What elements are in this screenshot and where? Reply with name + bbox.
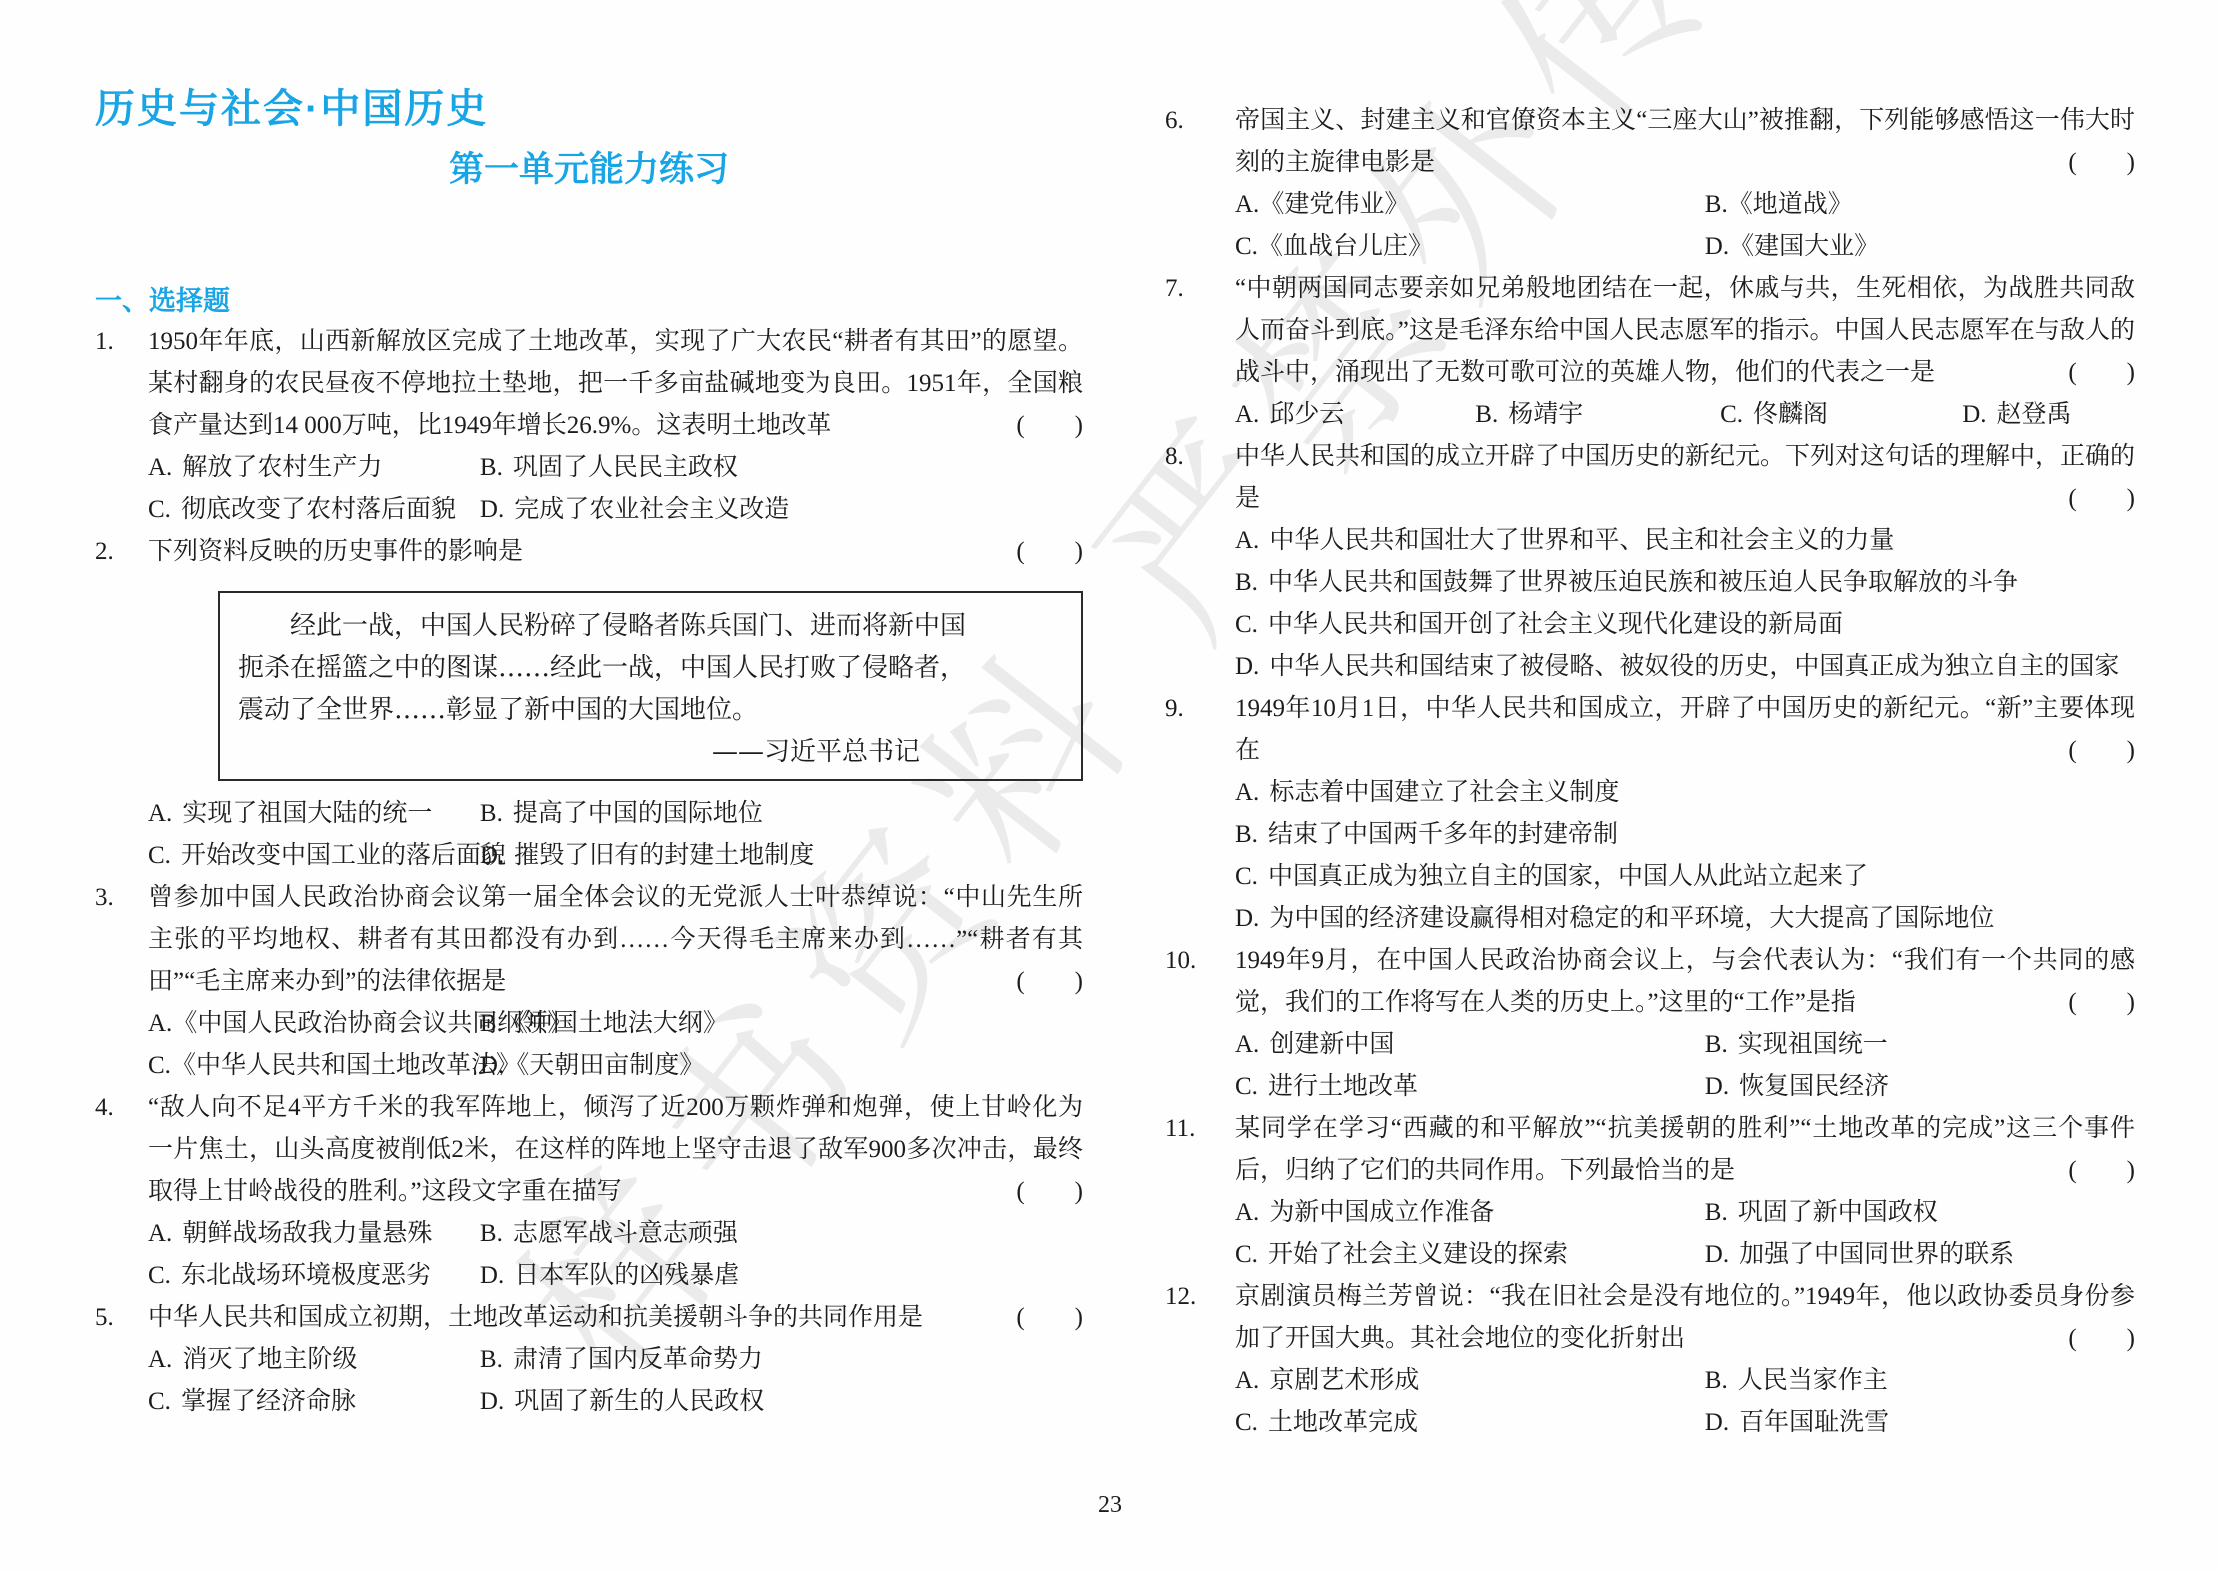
options-group: A.解放了农村生产力B.巩固了人民民主政权C.彻底改变了农村落后面貌D.完成了农… <box>148 447 1083 531</box>
question-7: 7.“中朝两国同志要亲如兄弟般地团结在一起，休戚与共，生死相依，为战胜共同敌人而… <box>1165 268 2135 436</box>
question-stem-text: “敌人向不足4平方千米的我军阵地上，倾泻了近200万颗炸弹和炮弹，使上甘岭化为一… <box>148 1094 1083 1205</box>
option-label: C. <box>1235 1241 1258 1268</box>
option-8-B: B.中华人民共和国鼓舞了世界被压迫民族和被压迫人民争取解放的斗争 <box>1235 562 2135 604</box>
option-text: 日本军队的凶残暴虐 <box>514 1262 739 1289</box>
option-text: 土地改革完成 <box>1268 1409 1418 1436</box>
option-label: A. <box>148 454 172 481</box>
option-text: 标志着中国建立了社会主义制度 <box>1269 779 1619 806</box>
right-column: 6.帝国主义、封建主义和官僚资本主义“三座大山”被推翻，下列能够感悟这一伟大时刻… <box>1165 100 2135 1444</box>
option-11-A: A.为新中国成立作准备 <box>1235 1192 1705 1234</box>
question-stem-text: 中华人民共和国成立初期，土地改革运动和抗美援朝斗争的共同作用是 <box>148 1304 923 1331</box>
question-body: 中华人民共和国的成立开辟了中国历史的新纪元。下列对这句话的理解中，正确的是( )… <box>1235 436 2135 688</box>
question-stem-text: 1949年10月1日，中华人民共和国成立，开辟了中国历史的新纪元。“新”主要体现… <box>1235 695 2135 764</box>
option-text: 进行土地改革 <box>1268 1073 1418 1100</box>
option-3-D: D.《天朝田亩制度》 <box>480 1045 1083 1087</box>
option-label: D. <box>1705 1409 1729 1436</box>
quote-box: 经此一战，中国人民粉碎了侵略者陈兵国门、进而将新中国扼杀在摇篮之中的图谋……经此… <box>218 591 1083 781</box>
option-4-C: C.东北战场环境极度恶劣 <box>148 1255 480 1297</box>
option-label: D. <box>480 1388 504 1415</box>
question-stem: 1950年年底，山西新解放区完成了土地改革，实现了广大农民“耕者有其田”的愿望。… <box>148 321 1083 447</box>
question-number: 7. <box>1165 268 1235 310</box>
option-11-C: C.开始了社会主义建设的探索 <box>1235 1234 1705 1276</box>
answer-blank: ( ) <box>2068 1150 2135 1192</box>
question-stem: 京剧演员梅兰芳曾说：“我在旧社会是没有地位的。”1949年，他以政协委员身份参加… <box>1235 1276 2135 1360</box>
option-label: B. <box>1705 1031 1728 1058</box>
option-label: A. <box>1235 779 1259 806</box>
option-label: C. <box>1235 863 1258 890</box>
option-label: B. <box>1235 821 1258 848</box>
option-label: A. <box>1235 191 1259 218</box>
option-2-D: D.摧毁了旧有的封建土地制度 <box>480 835 1083 877</box>
option-label: A. <box>1235 1199 1259 1226</box>
option-1-A: A.解放了农村生产力 <box>148 447 480 489</box>
quote-attribution: ——习近平总书记 <box>238 731 1063 773</box>
option-text: 为新中国成立作准备 <box>1269 1199 1494 1226</box>
option-6-A: A.《建党伟业》 <box>1235 184 1705 226</box>
answer-blank: ( ) <box>2068 1318 2135 1360</box>
option-label: C. <box>1235 1073 1258 1100</box>
question-1: 1.1950年年底，山西新解放区完成了土地改革，实现了广大农民“耕者有其田”的愿… <box>95 321 1083 531</box>
question-12: 12.京剧演员梅兰芳曾说：“我在旧社会是没有地位的。”1949年，他以政协委员身… <box>1165 1276 2135 1444</box>
option-text: 《中华人民共和国土地改革法》 <box>171 1052 521 1079</box>
option-3-C: C.《中华人民共和国土地改革法》 <box>148 1045 480 1087</box>
option-text: 开始了社会主义建设的探索 <box>1268 1241 1568 1268</box>
option-9-D: D.为中国的经济建设赢得相对稳定的和平环境，大大提高了国际地位 <box>1235 898 2135 940</box>
question-body: 1950年年底，山西新解放区完成了土地改革，实现了广大农民“耕者有其田”的愿望。… <box>148 321 1083 531</box>
option-8-C: C.中华人民共和国开创了社会主义现代化建设的新局面 <box>1235 604 2135 646</box>
option-text: 中国真正成为独立自主的国家，中国人从此站立起来了 <box>1268 863 1868 890</box>
option-label: B. <box>1235 569 1258 596</box>
answer-blank: ( ) <box>2068 730 2135 772</box>
option-label: A. <box>148 1220 172 1247</box>
options-group: A.朝鲜战场敌我力量悬殊B.志愿军战斗意志顽强C.东北战场环境极度恶劣D.日本军… <box>148 1213 1083 1297</box>
question-number: 10. <box>1165 940 1235 982</box>
option-text: 人民当家作主 <box>1738 1367 1888 1394</box>
question-stem-text: 曾参加中国人民政治协商会议第一届全体会议的无党派人士叶恭绰说：“中山先生所主张的… <box>148 884 1083 995</box>
option-text: 肃清了国内反革命势力 <box>513 1346 763 1373</box>
option-12-B: B.人民当家作主 <box>1705 1360 2135 1402</box>
question-stem: 1949年10月1日，中华人民共和国成立，开辟了中国历史的新纪元。“新”主要体现… <box>1235 688 2135 772</box>
option-label: D. <box>480 496 504 523</box>
options-group: A.《建党伟业》B.《地道战》C.《血战台儿庄》D.《建国大业》 <box>1235 184 2135 268</box>
option-1-C: C.彻底改变了农村落后面貌 <box>148 489 480 531</box>
option-text: 东北战场环境极度恶劣 <box>181 1262 431 1289</box>
left-column: 历史与社会·中国历史 第一单元能力练习 一、选择题 1.1950年年底，山西新解… <box>95 85 1083 1423</box>
book-title: 历史与社会·中国历史 <box>95 85 1083 133</box>
question-stem: 1949年9月，在中国人民政治协商会议上，与会代表认为：“我们有一个共同的感觉，… <box>1235 940 2135 1024</box>
option-label: D. <box>1235 905 1259 932</box>
option-text: 中华人民共和国开创了社会主义现代化建设的新局面 <box>1268 611 1843 638</box>
option-text: 邱少云 <box>1269 401 1344 428</box>
option-3-B: B.《中国土地法大纲》 <box>480 1003 1083 1045</box>
option-10-A: A.创建新中国 <box>1235 1024 1705 1066</box>
option-text: 志愿军战斗意志顽强 <box>513 1220 738 1247</box>
option-text: 中华人民共和国壮大了世界和平、民主和社会主义的力量 <box>1269 527 1894 554</box>
option-4-D: D.日本军队的凶残暴虐 <box>480 1255 1083 1297</box>
question-stem: 下列资料反映的历史事件的影响是( ) <box>148 531 1083 573</box>
option-text: 《天朝田亩制度》 <box>504 1052 704 1079</box>
option-text: 彻底改变了农村落后面貌 <box>181 496 456 523</box>
question-4: 4.“敌人向不足4平方千米的我军阵地上，倾泻了近200万颗炸弹和炮弹，使上甘岭化… <box>95 1087 1083 1297</box>
option-5-D: D.巩固了新生的人民政权 <box>480 1381 1083 1423</box>
option-6-D: D.《建国大业》 <box>1705 226 2135 268</box>
question-stem: 中华人民共和国的成立开辟了中国历史的新纪元。下列对这句话的理解中，正确的是( ) <box>1235 436 2135 520</box>
option-1-D: D.完成了农业社会主义改造 <box>480 489 1083 531</box>
question-stem-text: 帝国主义、封建主义和官僚资本主义“三座大山”被推翻，下列能够感悟这一伟大时刻的主… <box>1235 107 2135 176</box>
answer-blank: ( ) <box>1016 1297 1083 1339</box>
option-label: D. <box>480 1262 504 1289</box>
option-text: 提高了中国的国际地位 <box>513 800 763 827</box>
option-label: B. <box>480 454 503 481</box>
option-label: C. <box>148 1388 171 1415</box>
question-body: 中华人民共和国成立初期，土地改革运动和抗美援朝斗争的共同作用是( )A.消灭了地… <box>148 1297 1083 1423</box>
option-2-A: A.实现了祖国大陆的统一 <box>148 793 480 835</box>
option-11-D: D.加强了中国同世界的联系 <box>1705 1234 2135 1276</box>
option-text: 《建党伟业》 <box>1259 191 1409 218</box>
question-stem-text: “中朝两国同志要亲如兄弟般地团结在一起，休戚与共，生死相依，为战胜共同敌人而奋斗… <box>1235 275 2135 386</box>
question-body: 京剧演员梅兰芳曾说：“我在旧社会是没有地位的。”1949年，他以政协委员身份参加… <box>1235 1276 2135 1444</box>
answer-blank: ( ) <box>1016 961 1083 1003</box>
option-12-C: C.土地改革完成 <box>1235 1402 1705 1444</box>
quote-line: 经此一战，中国人民粉碎了侵略者陈兵国门、进而将新中国 <box>238 605 1063 647</box>
options-group: A.中华人民共和国壮大了世界和平、民主和社会主义的力量B.中华人民共和国鼓舞了世… <box>1235 520 2135 688</box>
question-10: 10.1949年9月，在中国人民政治协商会议上，与会代表认为：“我们有一个共同的… <box>1165 940 2135 1108</box>
option-text: 实现了祖国大陆的统一 <box>182 800 432 827</box>
section-title: 一、选择题 <box>95 281 1083 321</box>
question-body: “中朝两国同志要亲如兄弟般地团结在一起，休戚与共，生死相依，为战胜共同敌人而奋斗… <box>1235 268 2135 436</box>
answer-blank: ( ) <box>2068 142 2135 184</box>
option-label: D. <box>1705 1073 1729 1100</box>
answer-blank: ( ) <box>2068 982 2135 1024</box>
option-text: 杨靖宇 <box>1508 401 1583 428</box>
question-stem: 某同学在学习“西藏的和平解放”“抗美援朝的胜利”“土地改革的完成”这三个事件后，… <box>1235 1108 2135 1192</box>
option-1-B: B.巩固了人民民主政权 <box>480 447 1083 489</box>
question-stem-text: 1950年年底，山西新解放区完成了土地改革，实现了广大农民“耕者有其田”的愿望。… <box>148 328 1083 439</box>
option-label: A. <box>148 800 172 827</box>
question-stem: 中华人民共和国成立初期，土地改革运动和抗美援朝斗争的共同作用是( ) <box>148 1297 1083 1339</box>
option-label: D. <box>480 842 504 869</box>
option-text: 佟麟阁 <box>1753 401 1828 428</box>
question-stem: “敌人向不足4平方千米的我军阵地上，倾泻了近200万颗炸弹和炮弹，使上甘岭化为一… <box>148 1087 1083 1213</box>
question-2: 2.下列资料反映的历史事件的影响是( )经此一战，中国人民粉碎了侵略者陈兵国门、… <box>95 531 1083 877</box>
option-label: B. <box>480 1346 503 1373</box>
option-12-A: A.京剧艺术形成 <box>1235 1360 1705 1402</box>
question-number: 11. <box>1165 1108 1235 1150</box>
page-number: 23 <box>0 1492 2220 1518</box>
question-stem: 帝国主义、封建主义和官僚资本主义“三座大山”被推翻，下列能够感悟这一伟大时刻的主… <box>1235 100 2135 184</box>
unit-title: 第一单元能力练习 <box>95 149 1083 191</box>
question-stem-text: 某同学在学习“西藏的和平解放”“抗美援朝的胜利”“土地改革的完成”这三个事件后，… <box>1235 1115 2135 1184</box>
quote-line: 震动了全世界……彰显了新中国的大国地位。 <box>238 689 1063 731</box>
option-text: 实现祖国统一 <box>1738 1031 1888 1058</box>
option-label: D. <box>1705 1241 1729 1268</box>
option-label: C. <box>1235 233 1258 260</box>
option-label: A. <box>148 1346 172 1373</box>
answer-blank: ( ) <box>2068 352 2135 394</box>
question-body: 帝国主义、封建主义和官僚资本主义“三座大山”被推翻，下列能够感悟这一伟大时刻的主… <box>1235 100 2135 268</box>
option-text: 恢复国民经济 <box>1739 1073 1889 1100</box>
question-body: 1949年10月1日，中华人民共和国成立，开辟了中国历史的新纪元。“新”主要体现… <box>1235 688 2135 940</box>
option-label: B. <box>1705 191 1728 218</box>
option-label: A. <box>1235 1367 1259 1394</box>
option-text: 《中国土地法大纲》 <box>503 1010 728 1037</box>
option-label: D. <box>480 1052 504 1079</box>
option-7-C: C.佟麟阁 <box>1720 394 1962 436</box>
question-stem: 曾参加中国人民政治协商会议第一届全体会议的无党派人士叶恭绰说：“中山先生所主张的… <box>148 877 1083 1003</box>
option-label: B. <box>1475 401 1498 428</box>
question-stem-text: 下列资料反映的历史事件的影响是 <box>148 538 523 565</box>
option-text: 为中国的经济建设赢得相对稳定的和平环境，大大提高了国际地位 <box>1269 905 1994 932</box>
quote-line: 扼杀在摇篮之中的图谋……经此一战，中国人民打败了侵略者， <box>238 647 1063 689</box>
option-text: 百年国耻洗雪 <box>1739 1409 1889 1436</box>
question-number: 3. <box>95 877 148 919</box>
question-number: 4. <box>95 1087 148 1129</box>
option-6-B: B.《地道战》 <box>1705 184 2135 226</box>
question-number: 8. <box>1165 436 1235 478</box>
options-group: A.为新中国成立作准备B.巩固了新中国政权C.开始了社会主义建设的探索D.加强了… <box>1235 1192 2135 1276</box>
question-9: 9.1949年10月1日，中华人民共和国成立，开辟了中国历史的新纪元。“新”主要… <box>1165 688 2135 940</box>
options-group: A.创建新中国B.实现祖国统一C.进行土地改革D.恢复国民经济 <box>1235 1024 2135 1108</box>
option-label: C. <box>1720 401 1743 428</box>
option-10-B: B.实现祖国统一 <box>1705 1024 2135 1066</box>
option-text: 消灭了地主阶级 <box>182 1346 357 1373</box>
option-text: 赵登禹 <box>1997 401 2072 428</box>
option-4-A: A.朝鲜战场敌我力量悬殊 <box>148 1213 480 1255</box>
options-group: A.标志着中国建立了社会主义制度B.结束了中国两千多年的封建帝制C.中国真正成为… <box>1235 772 2135 940</box>
option-9-C: C.中国真正成为独立自主的国家，中国人从此站立起来了 <box>1235 856 2135 898</box>
option-3-A: A.《中国人民政治协商会议共同纲领》 <box>148 1003 480 1045</box>
left-questions-container: 1.1950年年底，山西新解放区完成了土地改革，实现了广大农民“耕者有其田”的愿… <box>95 321 1083 1423</box>
option-text: 摧毁了旧有的封建土地制度 <box>514 842 814 869</box>
option-text: 中华人民共和国结束了被侵略、被奴役的历史，中国真正成为独立自主的国家 <box>1269 653 2119 680</box>
options-group: A.《中国人民政治协商会议共同纲领》B.《中国土地法大纲》C.《中华人民共和国土… <box>148 1003 1083 1087</box>
option-10-D: D.恢复国民经济 <box>1705 1066 2135 1108</box>
question-number: 12. <box>1165 1276 1235 1318</box>
question-stem-text: 中华人民共和国的成立开辟了中国历史的新纪元。下列对这句话的理解中，正确的是 <box>1235 443 2135 512</box>
option-2-B: B.提高了中国的国际地位 <box>480 793 1083 835</box>
option-text: 巩固了人民民主政权 <box>513 454 738 481</box>
right-questions-container: 6.帝国主义、封建主义和官僚资本主义“三座大山”被推翻，下列能够感悟这一伟大时刻… <box>1165 100 2135 1444</box>
answer-blank: ( ) <box>1016 531 1083 573</box>
option-text: 朝鲜战场敌我力量悬殊 <box>182 1220 432 1247</box>
option-text: 中华人民共和国鼓舞了世界被压迫民族和被压迫人民争取解放的斗争 <box>1268 569 2018 596</box>
option-label: C. <box>148 1262 171 1289</box>
option-text: 巩固了新生的人民政权 <box>514 1388 764 1415</box>
option-8-A: A.中华人民共和国壮大了世界和平、民主和社会主义的力量 <box>1235 520 2135 562</box>
option-label: C. <box>1235 611 1258 638</box>
option-text: 结束了中国两千多年的封建帝制 <box>1268 821 1618 848</box>
question-body: 1949年9月，在中国人民政治协商会议上，与会代表认为：“我们有一个共同的感觉，… <box>1235 940 2135 1108</box>
option-text: 开始改变中国工业的落后面貌 <box>181 842 506 869</box>
question-stem-text: 1949年9月，在中国人民政治协商会议上，与会代表认为：“我们有一个共同的感觉，… <box>1235 947 2135 1016</box>
options-group: A.京剧艺术形成B.人民当家作主C.土地改革完成D.百年国耻洗雪 <box>1235 1360 2135 1444</box>
option-9-A: A.标志着中国建立了社会主义制度 <box>1235 772 2135 814</box>
option-2-C: C.开始改变中国工业的落后面貌 <box>148 835 480 877</box>
option-text: 《血战台儿庄》 <box>1258 233 1433 260</box>
option-label: A. <box>1235 1031 1259 1058</box>
question-11: 11.某同学在学习“西藏的和平解放”“抗美援朝的胜利”“土地改革的完成”这三个事… <box>1165 1108 2135 1276</box>
option-label: D. <box>1705 233 1729 260</box>
question-number: 1. <box>95 321 148 363</box>
option-9-B: B.结束了中国两千多年的封建帝制 <box>1235 814 2135 856</box>
answer-blank: ( ) <box>2068 478 2135 520</box>
question-stem: “中朝两国同志要亲如兄弟般地团结在一起，休戚与共，生死相依，为战胜共同敌人而奋斗… <box>1235 268 2135 394</box>
option-7-A: A.邱少云 <box>1235 394 1475 436</box>
answer-blank: ( ) <box>1016 405 1083 447</box>
option-label: B. <box>1705 1199 1728 1226</box>
question-body: “敌人向不足4平方千米的我军阵地上，倾泻了近200万颗炸弹和炮弹，使上甘岭化为一… <box>148 1087 1083 1297</box>
option-text: 巩固了新中国政权 <box>1738 1199 1938 1226</box>
option-text: 完成了农业社会主义改造 <box>514 496 789 523</box>
option-7-D: D.赵登禹 <box>1962 394 2135 436</box>
option-label: A. <box>1235 401 1259 428</box>
question-8: 8.中华人民共和国的成立开辟了中国历史的新纪元。下列对这句话的理解中，正确的是(… <box>1165 436 2135 688</box>
question-number: 5. <box>95 1297 148 1339</box>
question-6: 6.帝国主义、封建主义和官僚资本主义“三座大山”被推翻，下列能够感悟这一伟大时刻… <box>1165 100 2135 268</box>
option-label: B. <box>480 1220 503 1247</box>
option-label: D. <box>1235 653 1259 680</box>
option-label: B. <box>480 1010 503 1037</box>
option-11-B: B.巩固了新中国政权 <box>1705 1192 2135 1234</box>
question-number: 6. <box>1165 100 1235 142</box>
option-label: C. <box>148 496 171 523</box>
option-label: A. <box>1235 527 1259 554</box>
question-stem-text: 京剧演员梅兰芳曾说：“我在旧社会是没有地位的。”1949年，他以政协委员身份参加… <box>1235 1283 2135 1352</box>
option-text: 《建国大业》 <box>1729 233 1879 260</box>
option-text: 《地道战》 <box>1728 191 1853 218</box>
question-body: 下列资料反映的历史事件的影响是( )经此一战，中国人民粉碎了侵略者陈兵国门、进而… <box>148 531 1083 877</box>
option-label: B. <box>480 800 503 827</box>
question-body: 某同学在学习“西藏的和平解放”“抗美援朝的胜利”“土地改革的完成”这三个事件后，… <box>1235 1108 2135 1276</box>
option-label: C. <box>148 842 171 869</box>
answer-blank: ( ) <box>1016 1171 1083 1213</box>
option-5-A: A.消灭了地主阶级 <box>148 1339 480 1381</box>
option-label: C. <box>148 1052 171 1079</box>
question-5: 5.中华人民共和国成立初期，土地改革运动和抗美援朝斗争的共同作用是( )A.消灭… <box>95 1297 1083 1423</box>
option-8-D: D.中华人民共和国结束了被侵略、被奴役的历史，中国真正成为独立自主的国家 <box>1235 646 2135 688</box>
option-10-C: C.进行土地改革 <box>1235 1066 1705 1108</box>
option-12-D: D.百年国耻洗雪 <box>1705 1402 2135 1444</box>
option-5-B: B.肃清了国内反革命势力 <box>480 1339 1083 1381</box>
options-group: A.实现了祖国大陆的统一B.提高了中国的国际地位C.开始改变中国工业的落后面貌D… <box>148 793 1083 877</box>
option-text: 掌握了经济命脉 <box>181 1388 356 1415</box>
option-7-B: B.杨靖宇 <box>1475 394 1720 436</box>
option-label: C. <box>1235 1409 1258 1436</box>
options-group: A.邱少云B.杨靖宇C.佟麟阁D.赵登禹 <box>1235 394 2135 436</box>
option-text: 京剧艺术形成 <box>1269 1367 1419 1394</box>
option-text: 加强了中国同世界的联系 <box>1739 1241 2014 1268</box>
question-number: 2. <box>95 531 148 573</box>
option-6-C: C.《血战台儿庄》 <box>1235 226 1705 268</box>
option-text: 创建新中国 <box>1269 1031 1394 1058</box>
option-text: 解放了农村生产力 <box>182 454 382 481</box>
option-label: D. <box>1962 401 1986 428</box>
option-5-C: C.掌握了经济命脉 <box>148 1381 480 1423</box>
option-label: A. <box>148 1010 172 1037</box>
option-4-B: B.志愿军战斗意志顽强 <box>480 1213 1083 1255</box>
option-label: B. <box>1705 1367 1728 1394</box>
question-number: 9. <box>1165 688 1235 730</box>
question-body: 曾参加中国人民政治协商会议第一届全体会议的无党派人士叶恭绰说：“中山先生所主张的… <box>148 877 1083 1087</box>
options-group: A.消灭了地主阶级B.肃清了国内反革命势力C.掌握了经济命脉D.巩固了新生的人民… <box>148 1339 1083 1423</box>
question-3: 3.曾参加中国人民政治协商会议第一届全体会议的无党派人士叶恭绰说：“中山先生所主… <box>95 877 1083 1087</box>
exam-page: 样书资料 严禁外传 历史与社会·中国历史 第一单元能力练习 一、选择题 1.19… <box>0 0 2220 1571</box>
